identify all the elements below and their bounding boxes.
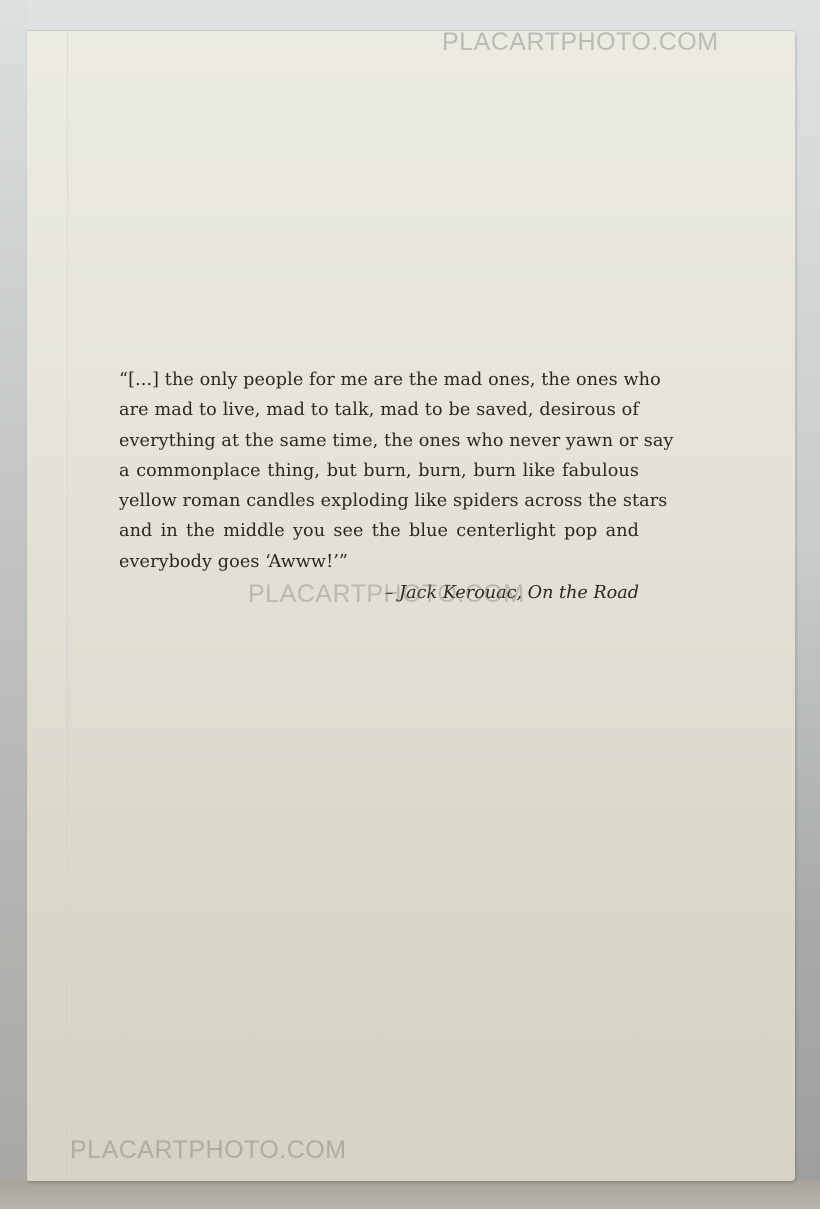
quote-line-1: “[...] the only people for me are the ma… [119,365,639,395]
watermark-center: PLACARTPHOTO.COM [248,580,525,609]
watermark-top: PLACARTPHOTO.COM [442,28,719,57]
quote-line-2: are mad to live, mad to talk, mad to be … [119,395,639,425]
quote-line-6: and in the middle you see the blue cente… [119,516,639,546]
watermark-bottom: PLACARTPHOTO.COM [70,1136,347,1165]
background-bottom [0,1180,820,1209]
spine-hinge [67,31,69,1181]
quote-line-7: everybody goes ‘Awww!’” [119,547,639,577]
background-left [0,0,27,1209]
quote-line-5: yellow roman candles exploding like spid… [119,486,639,516]
quote-line-3: everything at the same time, the ones wh… [119,426,639,456]
kerouac-quote: “[...] the only people for me are the ma… [119,365,639,577]
quote-line-4: a commonplace thing, but burn, burn, bur… [119,456,639,486]
